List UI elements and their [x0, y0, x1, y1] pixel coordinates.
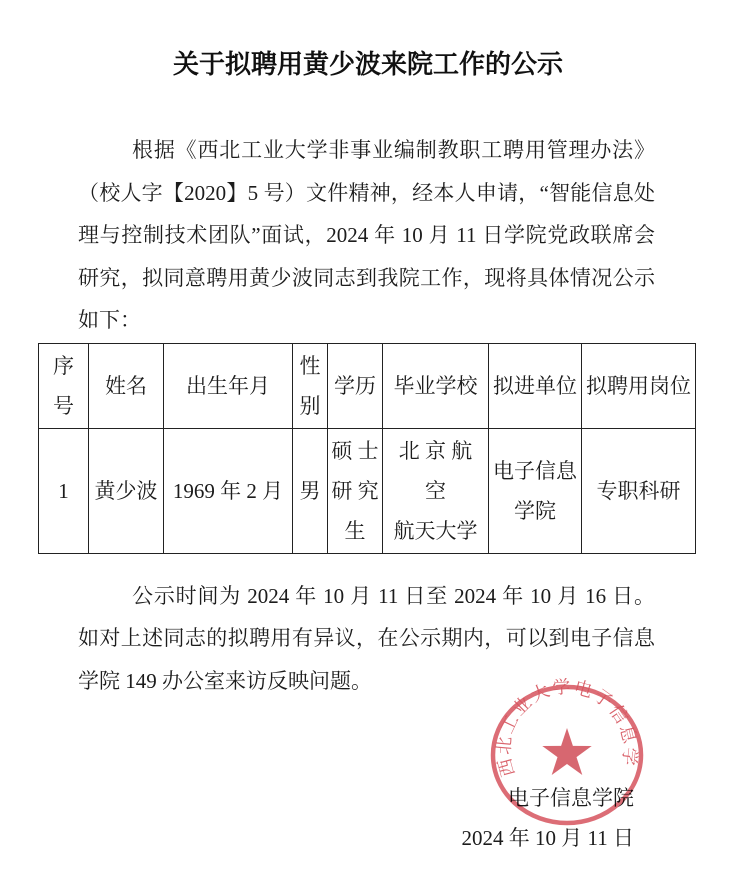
header-unit: 拟进单位 — [489, 343, 582, 428]
header-position: 拟聘用岗位 — [582, 343, 696, 428]
notice-paragraph: 公示时间为 2024 年 10 月 11 日至 2024 年 10 月 16 日… — [78, 575, 655, 703]
seal-star-icon — [542, 728, 591, 775]
cell-birth: 1969 年 2 月 — [164, 428, 293, 553]
cell-degree: 硕 士 研 究 生 — [328, 428, 383, 553]
table-row: 1 黄少波 1969 年 2 月 男 硕 士 研 究 生 北 京 航 空 航天大… — [39, 428, 696, 553]
cell-position: 专职科研 — [582, 428, 696, 553]
cell-serial: 1 — [39, 428, 89, 553]
cell-gender: 男 — [293, 428, 328, 553]
document-page: 关于拟聘用黄少波来院工作的公示 根据《西北工业大学非事业编制教职工聘用管理办法》… — [0, 0, 736, 881]
header-school: 毕业学校 — [383, 343, 489, 428]
intro-paragraph: 根据《西北工业大学非事业编制教职工聘用管理办法》（校人字【2020】5 号）文件… — [78, 129, 655, 342]
cell-unit: 电子信息 学院 — [489, 428, 582, 553]
header-birth: 出生年月 — [164, 343, 293, 428]
page-title: 关于拟聘用黄少波来院工作的公示 — [38, 47, 698, 83]
cell-name: 黄少波 — [89, 428, 164, 553]
signature-date: 2024 年 10 月 11 日 — [38, 818, 634, 858]
candidate-table: 序 号 姓名 出生年月 性 别 学历 毕业学校 拟进单位 拟聘用岗位 1 黄少波… — [38, 343, 696, 554]
table-header-row: 序 号 姓名 出生年月 性 别 学历 毕业学校 拟进单位 拟聘用岗位 — [39, 343, 696, 428]
header-name: 姓名 — [89, 343, 164, 428]
signature-block: 电子信息学院 2024 年 10 月 11 日 — [38, 778, 698, 858]
header-gender: 性 别 — [293, 343, 328, 428]
signature-org: 电子信息学院 — [38, 778, 634, 818]
header-degree: 学历 — [328, 343, 383, 428]
header-serial: 序 号 — [39, 343, 89, 428]
cell-school: 北 京 航 空 航天大学 — [383, 428, 489, 553]
